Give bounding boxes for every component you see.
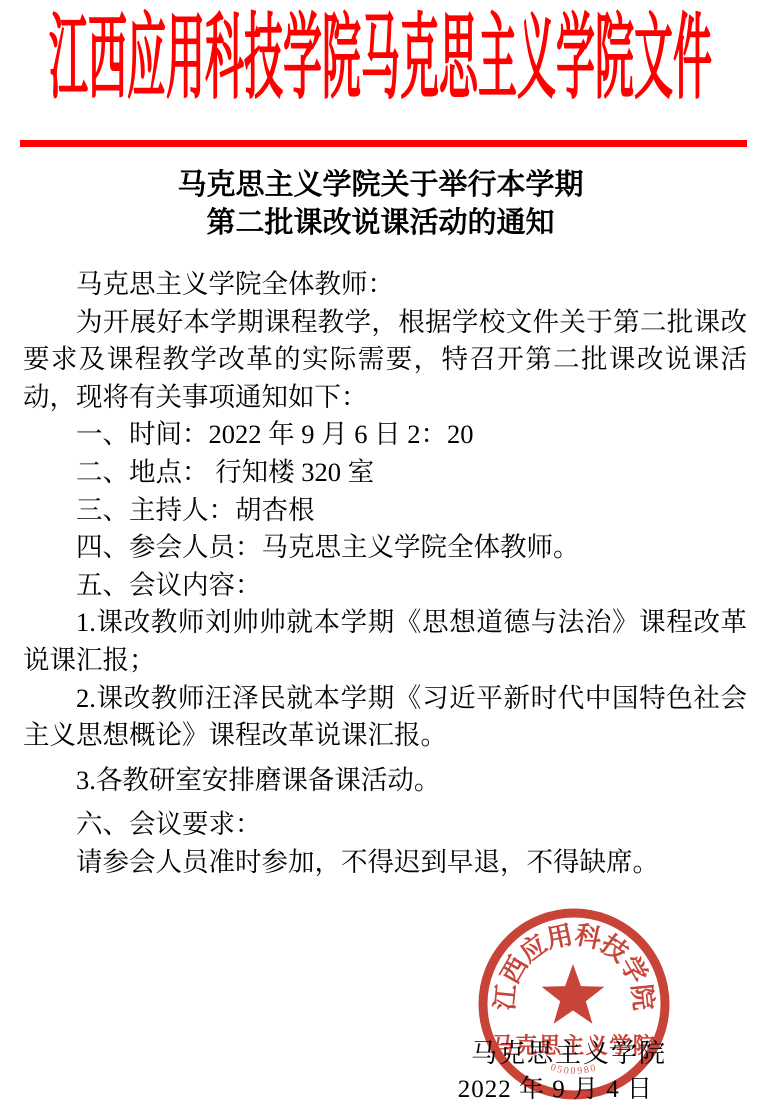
item-time: 一、时间：2022 年 9 月 6 日 2：20	[23, 416, 747, 454]
document-body: 马克思主义学院全体教师： 为开展好本学期课程教学，根据学校文件关于第二批课改要求…	[23, 266, 747, 882]
item-attendees: 四、参会人员：马克思主义学院全体教师。	[23, 529, 747, 567]
item-host: 三、主持人：胡杏根	[23, 492, 747, 530]
item-agenda-heading: 五、会议内容：	[23, 567, 747, 605]
letterhead-banner: 江西应用科技学院马克思主义学院文件	[0, 13, 761, 107]
letterhead-rule	[20, 140, 747, 147]
document-title: 马克思主义学院关于举行本学期 第二批课改说课活动的通知	[0, 166, 761, 242]
item-location: 二、地点： 行知楼 320 室	[23, 454, 747, 492]
salutation: 马克思主义学院全体教师：	[23, 266, 747, 304]
signature-date: 2022 年 9 月 4 日	[458, 1069, 653, 1105]
document-title-line1: 马克思主义学院关于举行本学期	[0, 166, 761, 204]
document-page: 江西应用科技学院马克思主义学院文件 马克思主义学院关于举行本学期 第二批课改说课…	[0, 0, 761, 1108]
intro-paragraph: 为开展好本学期课程教学，根据学校文件关于第二批课改要求及课程教学改革的实际需要，…	[23, 304, 747, 417]
agenda-item-2: 2.课改教师汪泽民就本学期《习近平新时代中国特色社会主义思想概论》课程改革说课汇…	[23, 680, 747, 755]
agenda-item-1: 1.课改教师刘帅帅就本学期《思想道德与法治》课程改革说课汇报；	[23, 604, 747, 679]
seal-star-icon	[542, 964, 605, 1024]
signature-department: 马克思主义学院	[471, 1033, 667, 1070]
agenda-item-3: 3.各教研室安排磨课备课活动。	[23, 762, 747, 800]
requirements-text: 请参会人员准时参加，不得迟到早退，不得缺席。	[23, 844, 747, 882]
item-requirements-heading: 六、会议要求：	[23, 806, 747, 844]
document-title-line2: 第二批课改说课活动的通知	[0, 204, 761, 242]
